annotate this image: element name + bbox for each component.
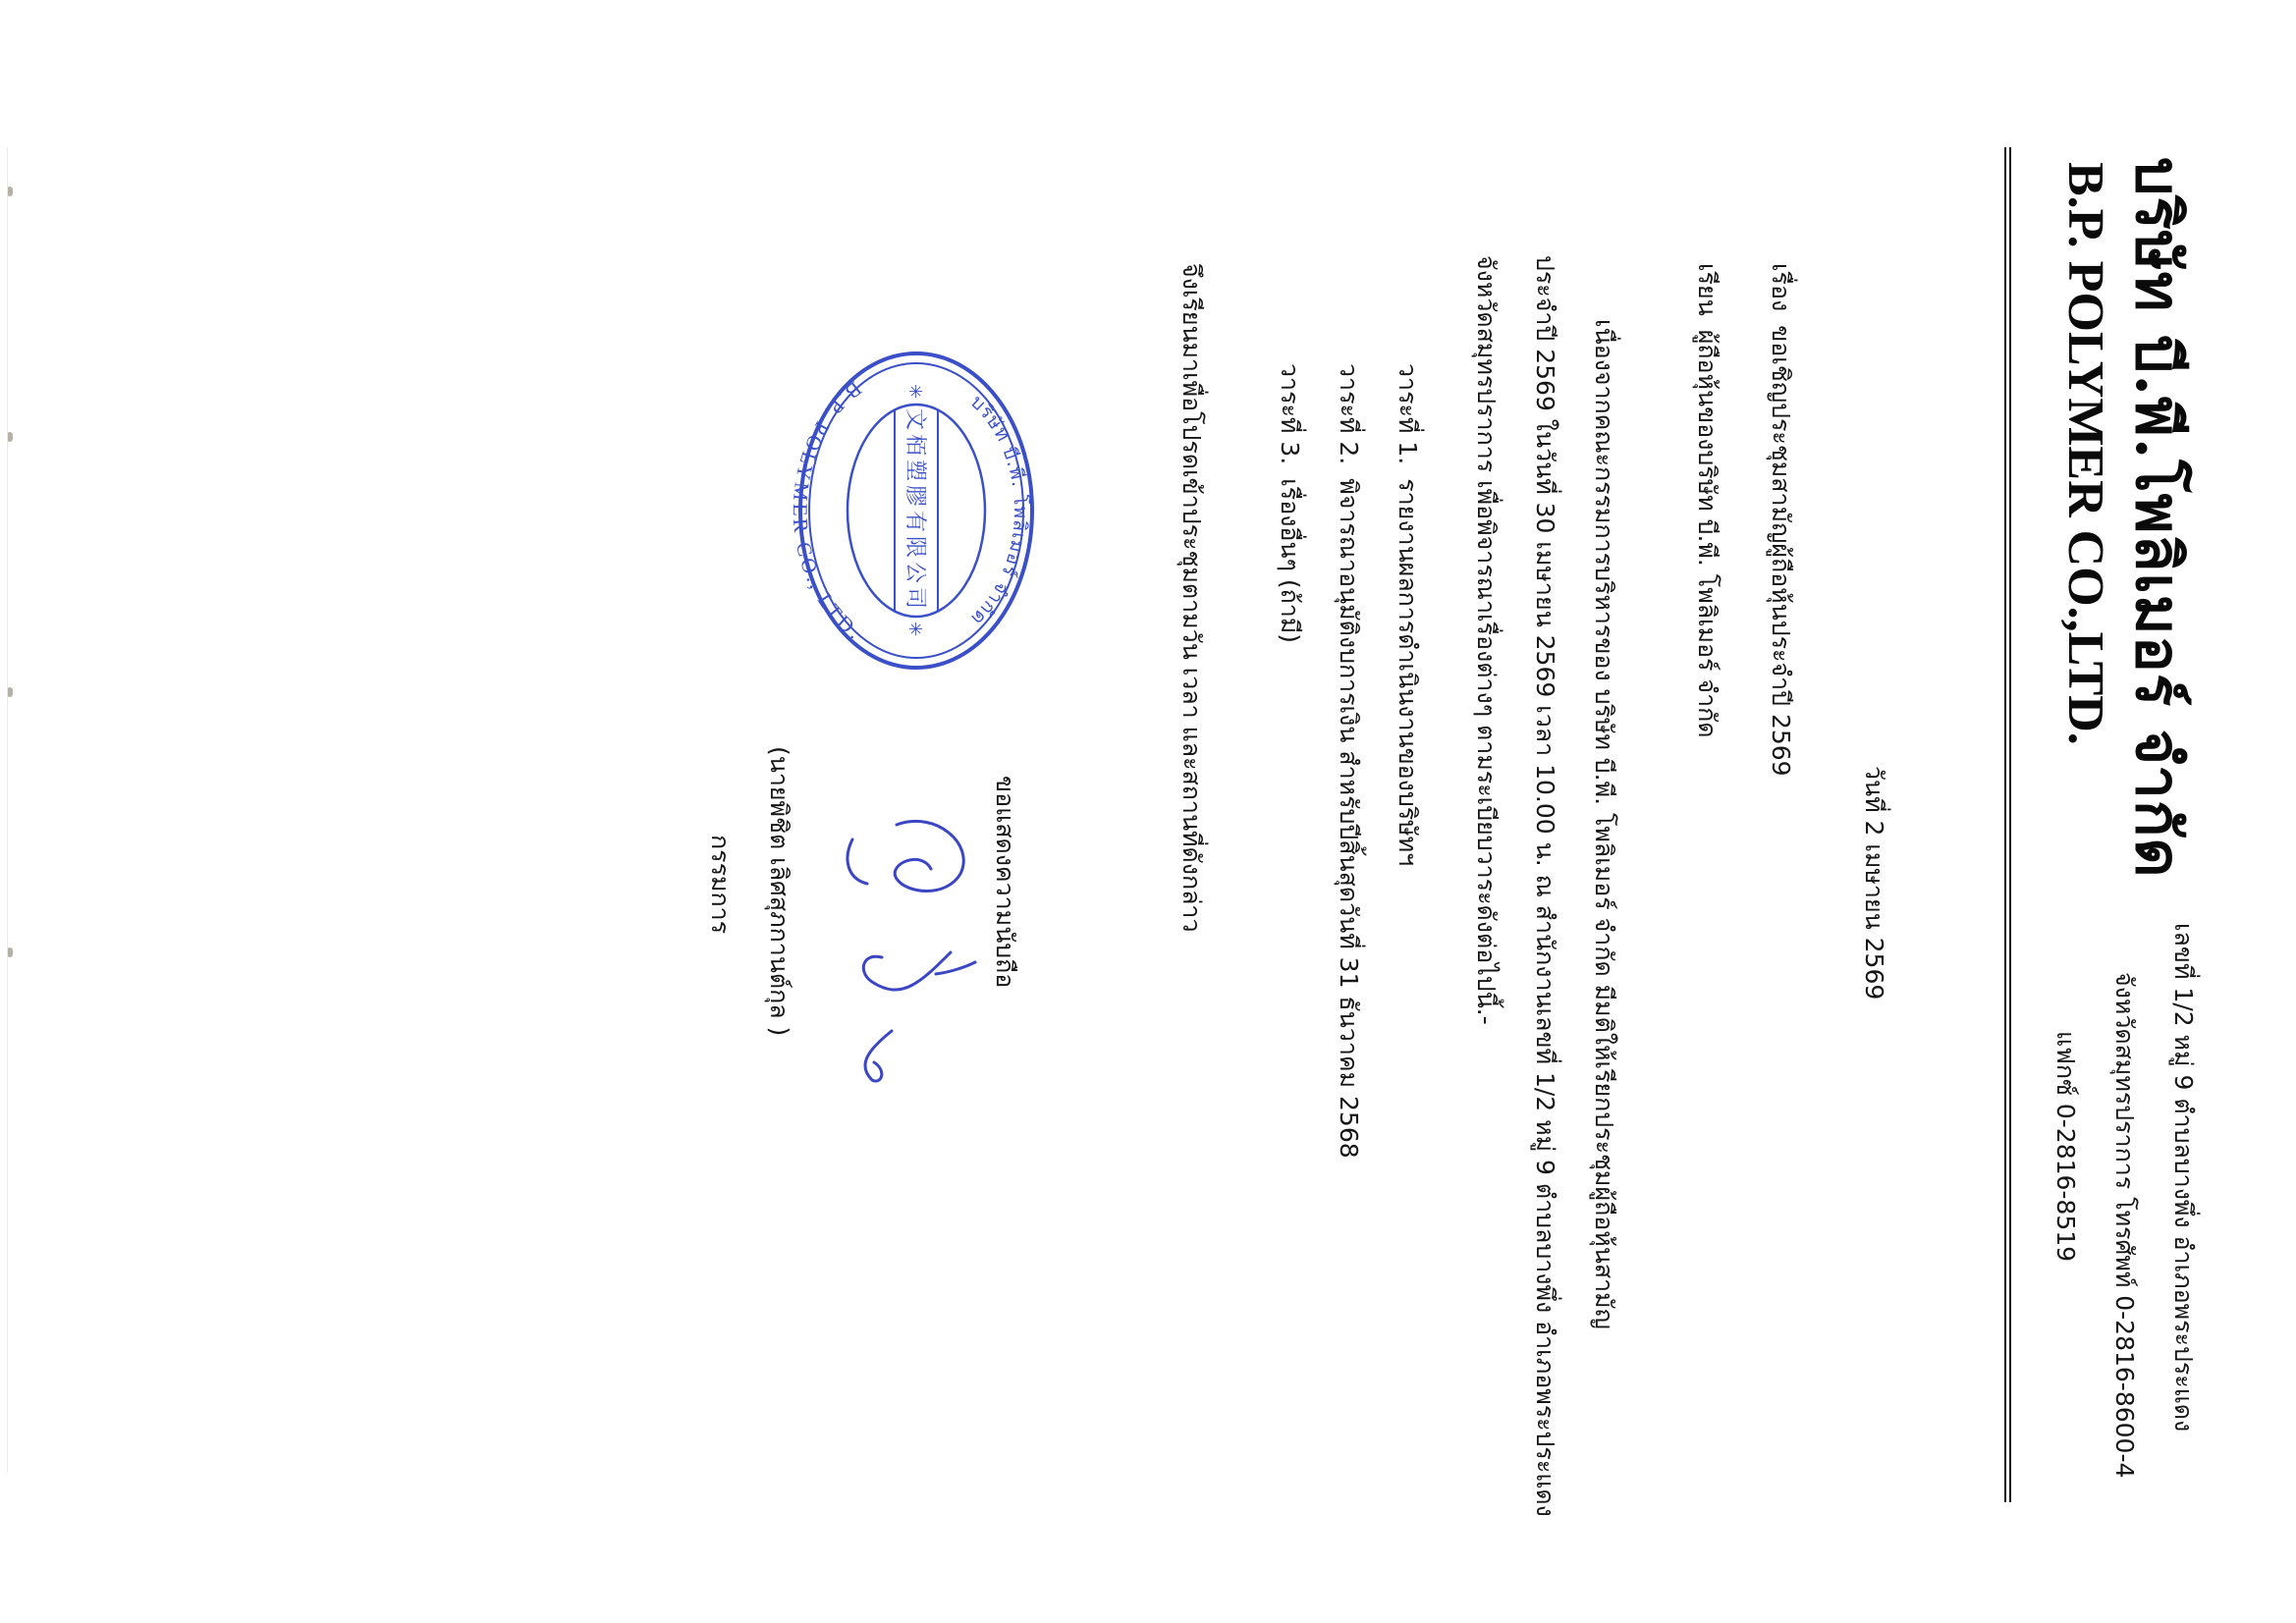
svg-text:B.P. POLYMER CO., LTD.: B.P. POLYMER CO., LTD.	[793, 377, 866, 645]
subject-text: ขอเชิญประชุมสามัญผู้ถือหุ้นประจำปี 2569	[1767, 325, 1795, 776]
letter-date: วันที่ 2 เมษายน 2569	[1854, 766, 1893, 1000]
address-line-2: จังหวัดสมุทรปราการ โทรศัพท์ 0-2816-8600-…	[2105, 972, 2144, 1478]
salutation-label: เรียน	[1693, 263, 1722, 316]
agenda-text: พิจารณาอนุมัติงบการเงิน สำหรับปีสิ้นสุดว…	[1335, 478, 1363, 1158]
agenda-text: เรื่องอื่นๆ (ถ้ามี)	[1276, 478, 1304, 643]
svg-text:✳: ✳	[904, 622, 925, 636]
svg-text:บริษัท บี.พี. โพลิเมอร์ จำกัด: บริษัท บี.พี. โพลิเมอร์ จำกัด	[966, 391, 1032, 629]
company-name-english: B.P. POLYMER CO.,LTD.	[2056, 162, 2114, 745]
company-stamp: บริษัท บี.พี. โพลิเมอร์ จำกัด B.P. POLYM…	[793, 349, 1039, 673]
closing-sentence: จึงเรียนมาเพื่อโปรดเข้าประชุมตามวัน เวลา…	[1172, 263, 1211, 932]
letter-page: บริษัท บี.พี.โพลิเมอร์ จำกัด B.P. POLYME…	[0, 0, 2296, 1623]
agenda-label: วาระที่ 3.	[1276, 363, 1304, 464]
regards-line: ขอแสดงความนับถือ	[985, 776, 1024, 988]
subject-label: เรื่อง	[1767, 263, 1795, 311]
signature-scribble-icon	[803, 805, 990, 1100]
body-paragraph-line: ประจำปี 2569 ในวันที่ 30 เมษายน 2569 เวล…	[1525, 255, 1564, 1517]
agenda-text: รายงานผลการดำเนินงานของบริษัทฯ	[1394, 478, 1422, 866]
address-line-1: เลขที่ 1/2 หมู่ 9 ตำบลบางพึ่ง อำเภอพระปร…	[2163, 923, 2203, 1432]
address-line-3: แฟกซ์ 0-2816-8519	[2046, 1031, 2085, 1262]
agenda-label: วาระที่ 2.	[1335, 363, 1363, 464]
body-paragraph-line: จังหวัดสมุทรปราการ เพื่อพิจารณาเรื่องต่า…	[1466, 255, 1505, 1025]
signer-title: กรรมการ	[700, 835, 739, 934]
svg-text:文栢塑膠有限公司: 文栢塑膠有限公司	[902, 408, 927, 613]
signer-name: (นายพิชิต เลิศสุภกานต์กุล )	[759, 746, 798, 1036]
agenda-item: วาระที่ 1.รายงานผลการดำเนินงานของบริษัทฯ	[1388, 363, 1427, 866]
company-name-thai: บริษัท บี.พี.โพลิเมอร์ จำกัด	[2109, 157, 2206, 879]
salutation-text: ผู้ถือหุ้นของบริษัท บี.พี. โพลิเมอร์ จำก…	[1693, 330, 1722, 738]
subject-line: เรื่องขอเชิญประชุมสามัญผู้ถือหุ้นประจำปี…	[1761, 263, 1800, 777]
handwritten-signature	[803, 805, 990, 1100]
body-paragraph-line: เนื่องจากคณะกรรมการบริหารของ บริษัท บี.พ…	[1584, 319, 1623, 1329]
stamp-seal-icon: บริษัท บี.พี. โพลิเมอร์ จำกัด B.P. POLYM…	[793, 349, 1039, 673]
scan-edge	[7, 147, 8, 1473]
salutation-line: เรียนผู้ถือหุ้นของบริษัท บี.พี. โพลิเมอร…	[1687, 263, 1726, 738]
agenda-item: วาระที่ 2.พิจารณาอนุมัติงบการเงิน สำหรับ…	[1329, 363, 1368, 1159]
agenda-item: วาระที่ 3.เรื่องอื่นๆ (ถ้ามี)	[1270, 363, 1309, 643]
agenda-label: วาระที่ 1.	[1394, 363, 1422, 464]
letterhead-double-rule	[2004, 147, 2011, 1502]
svg-text:✳: ✳	[904, 384, 925, 399]
